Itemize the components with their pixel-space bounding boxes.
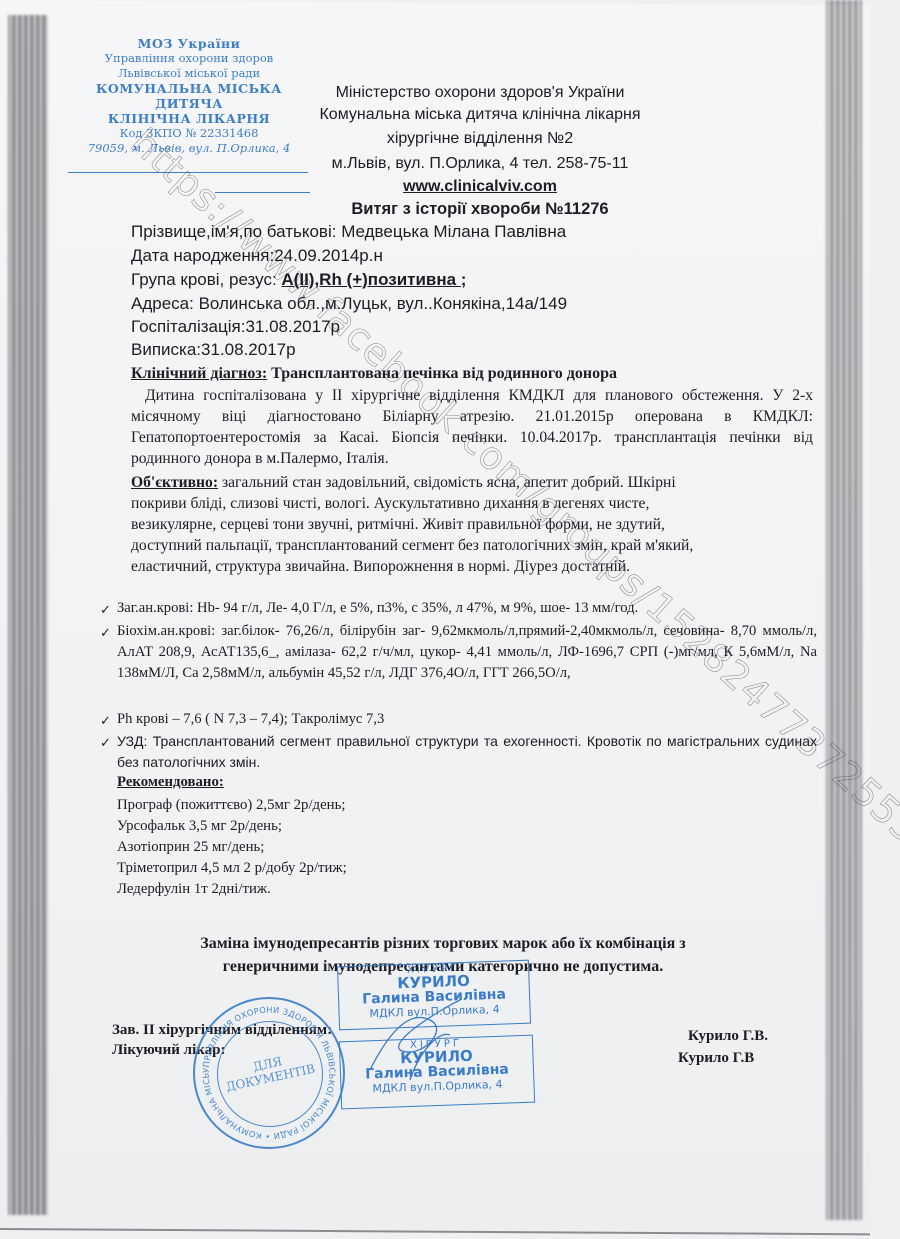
- finding-ph: Ph крові – 7,6 ( N 7,3 – 7,4); Такроліму…: [117, 709, 817, 730]
- stamp-line: КОМУНАЛЬНА МІСЬКА ДИТЯЧА: [64, 81, 314, 111]
- objective-line: загальний стан задовільний, свідомість я…: [222, 474, 676, 491]
- head-of-department-name: Курило Г.В.: [688, 1028, 768, 1045]
- checkmark-icon: ✓: [100, 735, 111, 751]
- recommendation-item: Тріметоприл 4,5 мл 2 р/добу 2р/тиж;: [117, 858, 347, 879]
- recommendations-list: Програф (пожиттєво) 2,5мг 2р/день; Урсоф…: [117, 795, 347, 900]
- discharge-row: Виписка:31.08.2017р: [131, 340, 296, 360]
- date-of-birth: 24.09.2014р.н: [274, 246, 383, 265]
- medical-history: Дитина госпіталізована у II хірургічне в…: [131, 385, 813, 469]
- stamp-line: Управління охорони здоров: [64, 51, 314, 66]
- blood-group-row: Група крові, резус: A(II),Rh (+)позитивн…: [131, 270, 466, 290]
- patient-name: Медвецька Мілана Павлівна: [341, 222, 566, 241]
- patient-address: Волинська обл.,м.Луцьк, вул..Конякіна,14…: [199, 294, 567, 313]
- field-label: Група крові, резус:: [131, 270, 277, 289]
- department-name: хірургічне відділення №2: [300, 130, 660, 148]
- objective-line: доступний пальпації, трансплантований се…: [131, 535, 821, 556]
- field-label: Виписка:: [131, 340, 201, 359]
- clinical-diagnosis: Клінічний діагноз: Трансплантована печін…: [131, 363, 617, 384]
- ministry-name: Міністерство охорони здоров'я України: [300, 84, 660, 102]
- finding-biochemistry: Біохім.ан.крові: заг.білок- 76,26/л, біл…: [117, 621, 817, 684]
- field-label: Дата народження:: [131, 246, 274, 265]
- finding-blood-count: Заг.ан.крові: Hb- 94 г/л, Ле- 4,0 Г/л, е…: [117, 598, 817, 619]
- recommendation-item: Урсофальк 3,5 мг 2р/день;: [117, 816, 347, 837]
- admission-date: 31.08.2017р: [245, 317, 340, 336]
- field-label: Адреса:: [131, 294, 194, 313]
- dob-row: Дата народження:24.09.2014р.н: [131, 246, 383, 266]
- stamp-blank-line: [215, 192, 310, 193]
- checkmark-icon: ✓: [100, 713, 111, 729]
- address-row: Адреса: Волинська обл.,м.Луцьк, вул..Кон…: [131, 294, 567, 314]
- stamp-line: Львівської міської ради: [64, 66, 314, 81]
- stamp-line: Код ЗКПО № 22331468: [64, 126, 314, 141]
- website-link[interactable]: www.clinicalviv.com: [300, 178, 660, 196]
- hospital-address: м.Львів, вул. П.Орлика, 4 тел. 258-75-11: [300, 155, 660, 173]
- scan-edge-left: [8, 15, 48, 1215]
- blood-group: A(II),Rh (+)позитивна ;: [281, 270, 466, 289]
- objective-exam: Об'єктивно: загальний стан задовільний, …: [131, 472, 821, 577]
- stamp-line: МОЗ України: [64, 36, 314, 51]
- diagnosis-value: Трансплантована печінка від родинного до…: [271, 365, 617, 382]
- objective-line: везикулярне, серцеві тони звучні, ритміч…: [131, 514, 821, 535]
- stamp-line: 79059, м. Львів, вул. П.Орлика, 4: [64, 141, 314, 156]
- field-label: Прізвище,ім'я,по батькові:: [131, 222, 336, 241]
- finding-ultrasound: УЗД: Трансплантований сегмент правильної…: [117, 731, 817, 773]
- objective-line: покриви бліді, слизові чисті, вологі. Ау…: [131, 493, 821, 514]
- stamp-blank-line: [68, 172, 308, 173]
- stamp-line: КЛІНІЧНА ЛІКАРНЯ: [64, 111, 314, 126]
- scan-edge-right: [826, 0, 862, 1220]
- recommendations-label: Рекомендовано:: [117, 772, 224, 793]
- checkmark-icon: ✓: [100, 625, 111, 641]
- document-title: Витяг з історії хвороби №11276: [300, 200, 660, 219]
- checkmark-icon: ✓: [100, 602, 111, 618]
- signature-scribble: [360, 990, 480, 1090]
- objective-label: Об'єктивно:: [131, 474, 218, 491]
- recommendation-item: Програф (пожиттєво) 2,5мг 2р/день;: [117, 795, 347, 816]
- diagnosis-label: Клінічний діагноз:: [131, 365, 267, 382]
- hospital-corner-stamp: МОЗ України Управління охорони здоров Ль…: [64, 36, 314, 156]
- discharge-date: 31.08.2017р: [201, 340, 296, 359]
- admission-row: Госпіталізація:31.08.2017р: [131, 317, 340, 337]
- round-hospital-seal: УПРАВЛІННЯ ОХОРОНИ ЗДОРОВ'Я ЛЬВІВСЬКОЇ М…: [193, 997, 345, 1149]
- field-label: Госпіталізація:: [131, 317, 245, 336]
- attending-doctor-name: Курило Г.В: [678, 1050, 754, 1067]
- objective-line: еластичний, структура звичайна. Випорожн…: [131, 556, 821, 577]
- hospital-name: Комунальна міська дитяча клінічна лікарн…: [300, 106, 660, 124]
- recommendation-item: Азотіоприн 25 мг/день;: [117, 837, 347, 858]
- patient-name-row: Прізвище,ім'я,по батькові: Медвецька Міл…: [131, 222, 566, 242]
- recommendations-heading: Рекомендовано:: [117, 774, 224, 790]
- recommendation-item: Ледерфулін 1т 2дні/тиж.: [117, 879, 347, 900]
